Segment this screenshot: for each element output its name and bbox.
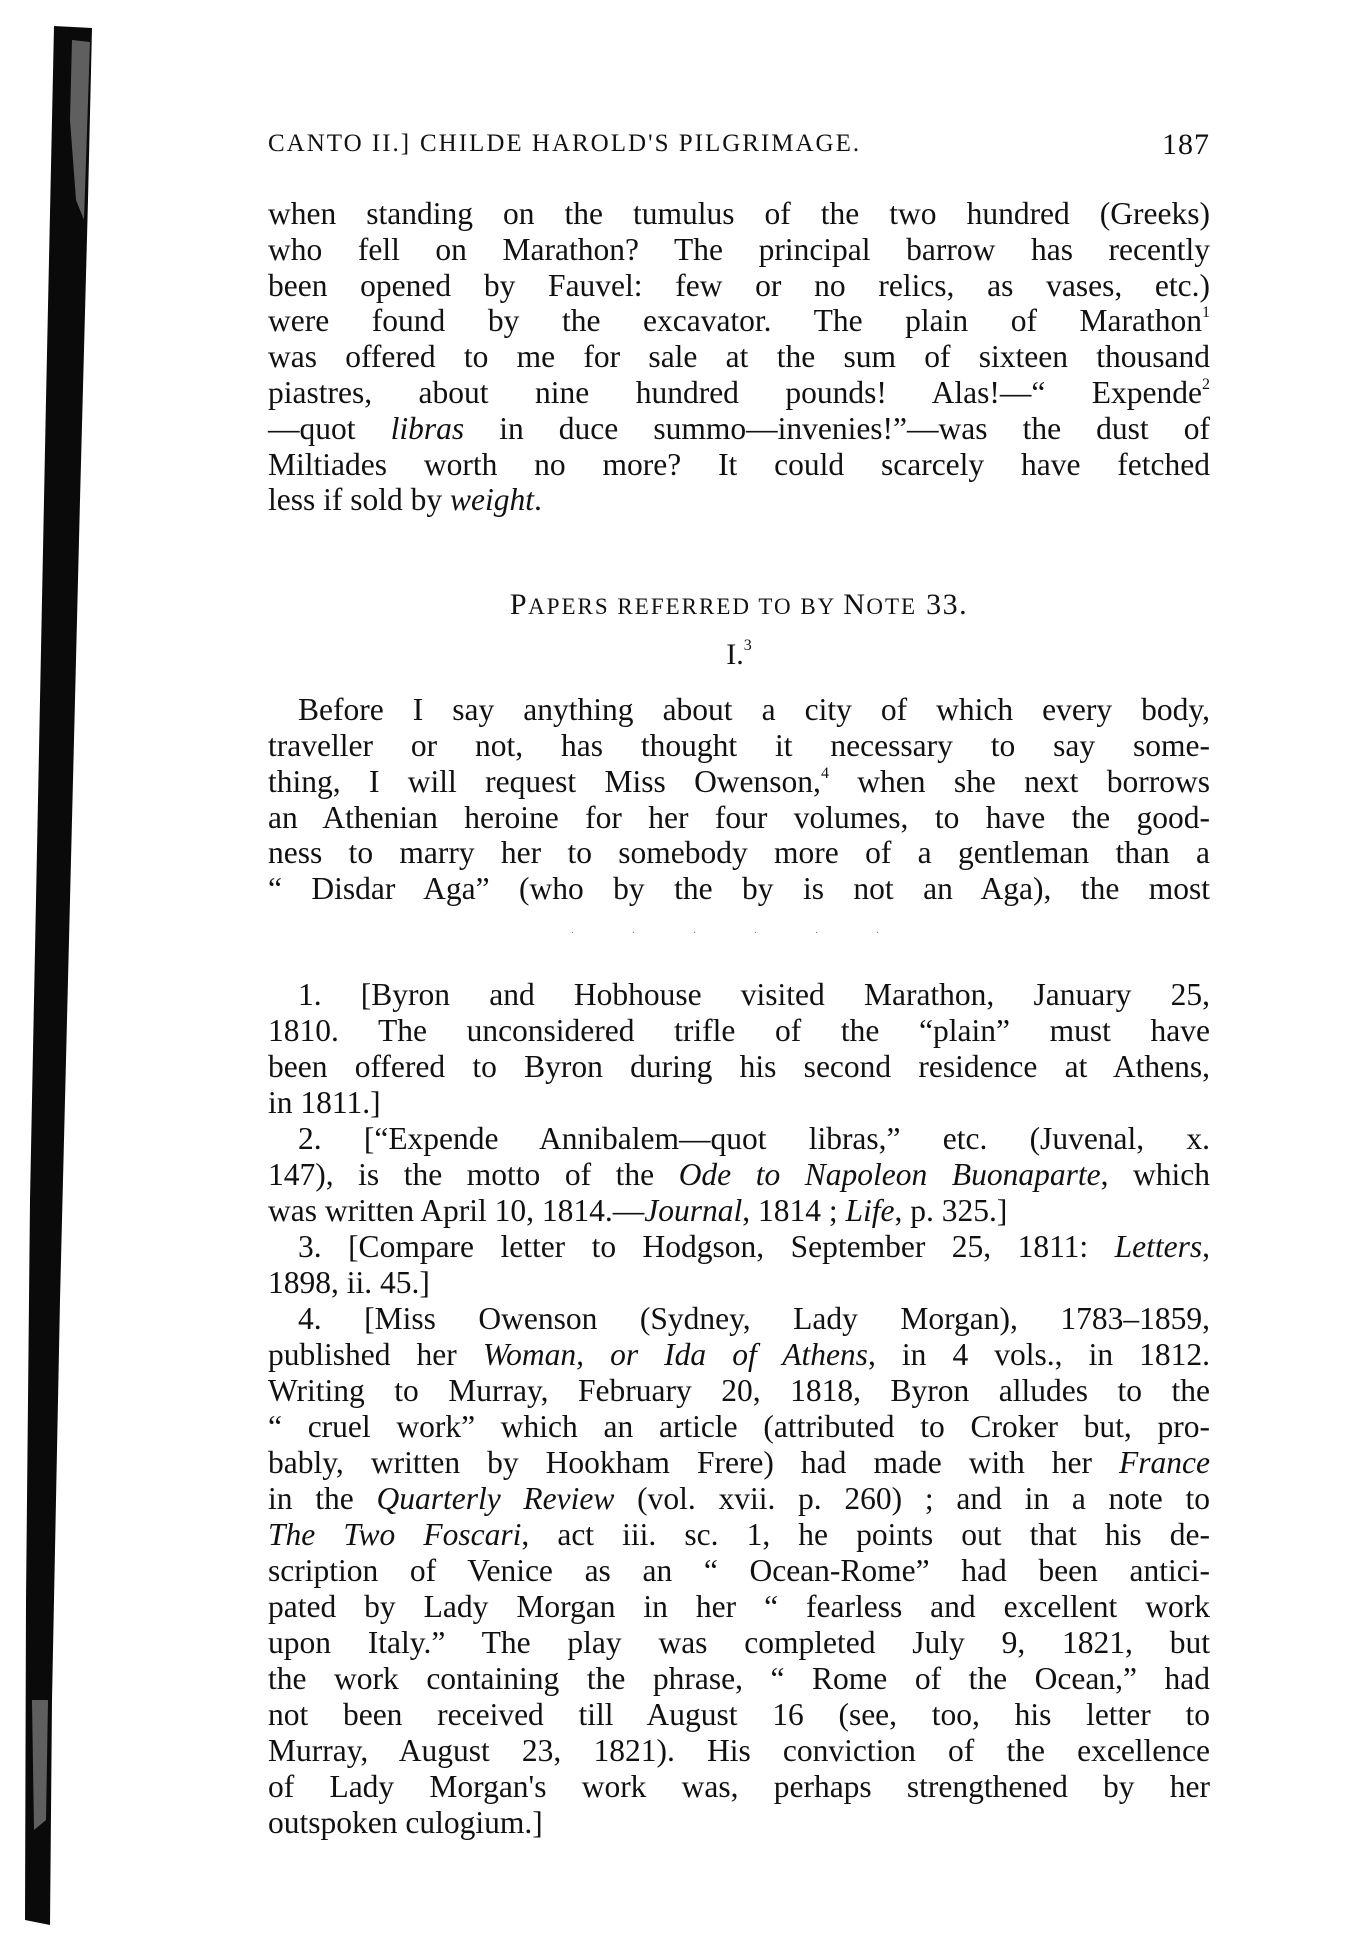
footnote-2-line: 147), is the motto of the Ode to Napoleo…: [268, 1157, 1210, 1193]
footnote-4-line: not been received till August 16 (see, t…: [268, 1697, 1210, 1733]
text-line: thing, I will request Miss Owenson,4 whe…: [268, 764, 1210, 800]
footnote-ref[interactable]: 3: [744, 637, 752, 654]
text-line: who fell on Marathon? The principal barr…: [268, 232, 1210, 268]
running-head-canto: CANTO II.]: [268, 130, 411, 158]
text-line: were found by the excavator. The plain o…: [268, 303, 1210, 339]
footnote-4-line: “ cruel work” which an article (attribut…: [268, 1409, 1210, 1445]
text-line: was offered to me for sale at the sum of…: [268, 339, 1210, 375]
text-line: when standing on the tumulus of the two …: [268, 196, 1210, 232]
text-line: traveller or not, has thought it necessa…: [268, 728, 1210, 764]
footnote-4-line: upon Italy.” The play was completed July…: [268, 1625, 1210, 1661]
footnote-4-line: pated by Lady Morgan in her “ fearless a…: [268, 1589, 1210, 1625]
section-paragraph: Before I say anything about a city of wh…: [268, 692, 1210, 907]
footnote-1-line: in 1811.]: [268, 1085, 1210, 1121]
footnote-4-line: Murray, August 23, 1821). His conviction…: [268, 1733, 1210, 1769]
text-line: ness to marry her to somebody more of a …: [268, 835, 1210, 871]
footnote-2-line: 2. [“Expende Annibalem—quot libras,” etc…: [268, 1121, 1210, 1157]
footnote-4-line: 4. [Miss Owenson (Sydney, Lady Morgan), …: [268, 1301, 1210, 1337]
footnote-1-line: 1810. The unconsidered trifle of the “pl…: [268, 1013, 1210, 1049]
footnote-ref[interactable]: 2: [1202, 376, 1210, 393]
footnote-separator: . . . . . .: [268, 925, 1210, 945]
continued-paragraph: when standing on the tumulus of the two …: [268, 196, 1210, 518]
footnote-4-line: outspoken culogium.]: [268, 1805, 1210, 1841]
text-line: an Athenian heroine for her four volumes…: [268, 800, 1210, 836]
footnote-2-line: was written April 10, 1814.—Journal, 181…: [268, 1193, 1210, 1229]
page-number: 187: [1162, 128, 1210, 162]
footnote-4-line: the work containing the phrase, “ Rome o…: [268, 1661, 1210, 1697]
footnote-ref[interactable]: 1: [1202, 304, 1210, 321]
footnote-4-line: bably, written by Hookham Frere) had mad…: [268, 1445, 1210, 1481]
running-head: CANTO II.] CHILDE HAROLD'S PILGRIMAGE. 1…: [268, 130, 1210, 170]
text-line: “ Disdar Aga” (who by the by is not an A…: [268, 871, 1210, 907]
footnote-4-line: of Lady Morgan's work was, perhaps stren…: [268, 1769, 1210, 1805]
footnote-4-line: in the Quarterly Review (vol. xvii. p. 2…: [268, 1481, 1210, 1517]
text-line: less if sold by weight.: [268, 482, 1210, 518]
running-head-title: CHILDE HAROLD'S PILGRIMAGE.: [420, 130, 861, 158]
text-line: Miltiades worth no more? It could scarce…: [268, 447, 1210, 483]
book-page: CANTO II.] CHILDE HAROLD'S PILGRIMAGE. 1…: [268, 130, 1210, 1841]
footnotes: 1. [Byron and Hobhouse visited Marathon,…: [268, 977, 1210, 1841]
text-line: —quot libras in duce summo—invenies!”—wa…: [268, 411, 1210, 447]
section-number: I.3: [268, 638, 1210, 672]
footnote-3-line: 1898, ii. 45.]: [268, 1265, 1210, 1301]
footnote-3-line: 3. [Compare letter to Hodgson, September…: [268, 1229, 1210, 1265]
footnote-4-line: scription of Venice as an “ Ocean-Rome” …: [268, 1553, 1210, 1589]
section-heading: PAPERS REFERRED TO BY NOTE 33.: [268, 588, 1210, 622]
footnote-4-line: published her Woman, or Ida of Athens, i…: [268, 1337, 1210, 1373]
footnote-ref[interactable]: 4: [821, 765, 829, 782]
text-line: Before I say anything about a city of wh…: [268, 692, 1210, 728]
text-line: been opened by Fauvel: few or no relics,…: [268, 268, 1210, 304]
footnote-1-line: been offered to Byron during his second …: [268, 1049, 1210, 1085]
text-line: piastres, about nine hundred pounds! Ala…: [268, 375, 1210, 411]
footnote-4-line: Writing to Murray, February 20, 1818, By…: [268, 1373, 1210, 1409]
footnote-1-line: 1. [Byron and Hobhouse visited Marathon,…: [268, 977, 1210, 1013]
footnote-4-line: The Two Foscari, act iii. sc. 1, he poin…: [268, 1517, 1210, 1553]
page-binding-shadow: [0, 0, 110, 1952]
